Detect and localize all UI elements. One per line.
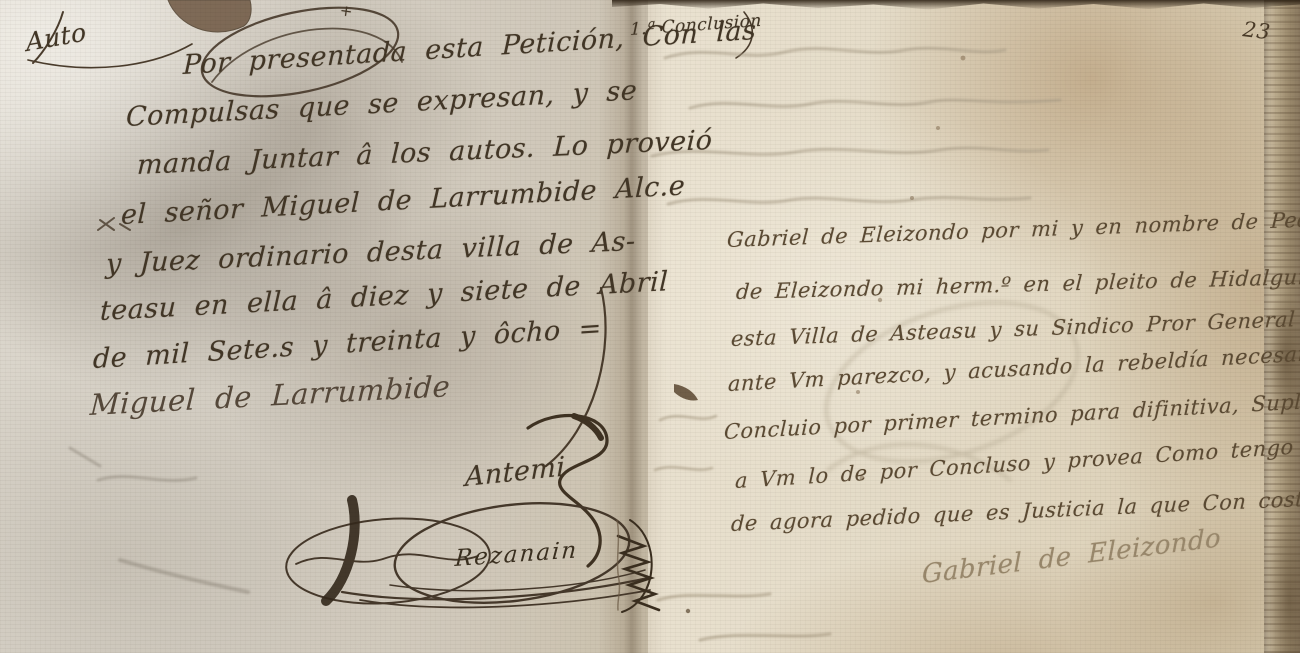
folio-number: 23 — [1242, 17, 1272, 44]
top-cross-mark: + — [339, 1, 354, 21]
manuscript-scan: Auto + Por presentada esta Petición, Con… — [0, 0, 1300, 653]
